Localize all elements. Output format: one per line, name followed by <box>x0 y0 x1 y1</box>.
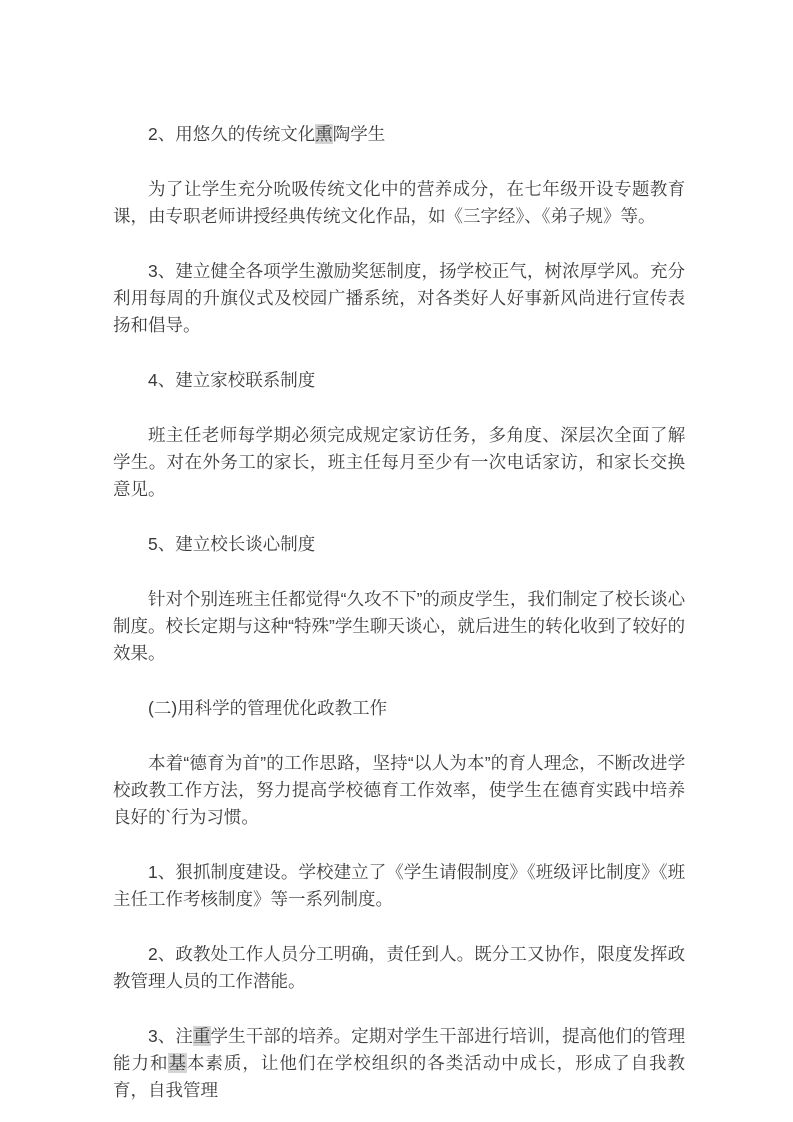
paragraph: 5、建立校长谈心制度 <box>113 531 685 558</box>
paragraph: 3、注重学生干部的培养。定期对学生干部进行培训，提高他们的管理能力和基本素质，让… <box>113 1023 685 1104</box>
highlighted-char: 重 <box>193 1026 211 1046</box>
document-body: 2、用悠久的传统文化熏陶学生为了让学生充分吮吸传统文化中的营养成分，在七年级开设… <box>113 121 685 1104</box>
highlighted-char: 熏 <box>315 124 333 144</box>
paragraph: 2、政教处工作人员分工明确，责任到人。既分工又协作，限度发挥政教管理人员的工作潜… <box>113 941 685 995</box>
highlighted-char: 基 <box>168 1053 186 1073</box>
paragraph: 3、建立健全各项学生激励奖惩制度，扬学校正气，树浓厚学风。充分利用每周的升旗仪式… <box>113 258 685 339</box>
paragraph: 班主任老师每学期必须完成规定家访任务，多角度、深层次全面了解学生。对在外务工的家… <box>113 422 685 503</box>
document-page: 2、用悠久的传统文化熏陶学生为了让学生充分吮吸传统文化中的营养成分，在七年级开设… <box>0 0 793 1122</box>
paragraph: 本着“德育为首”的工作思路，坚持“以人为本”的育人理念，不断改进学校政教工作方法… <box>113 750 685 831</box>
paragraph: 1、狠抓制度建设。学校建立了《学生请假制度》《班级评比制度》《班主任工作考核制度… <box>113 859 685 913</box>
paragraph: 针对个别连班主任都觉得“久攻不下”的顽皮学生，我们制定了校长谈心制度。校长定期与… <box>113 586 685 667</box>
paragraph: 4、建立家校联系制度 <box>113 367 685 394</box>
paragraph: (二)用科学的管理优化政教工作 <box>113 695 685 722</box>
paragraph: 为了让学生充分吮吸传统文化中的营养成分，在七年级开设专题教育课，由专职老师讲授经… <box>113 176 685 230</box>
paragraph: 2、用悠久的传统文化熏陶学生 <box>113 121 685 148</box>
